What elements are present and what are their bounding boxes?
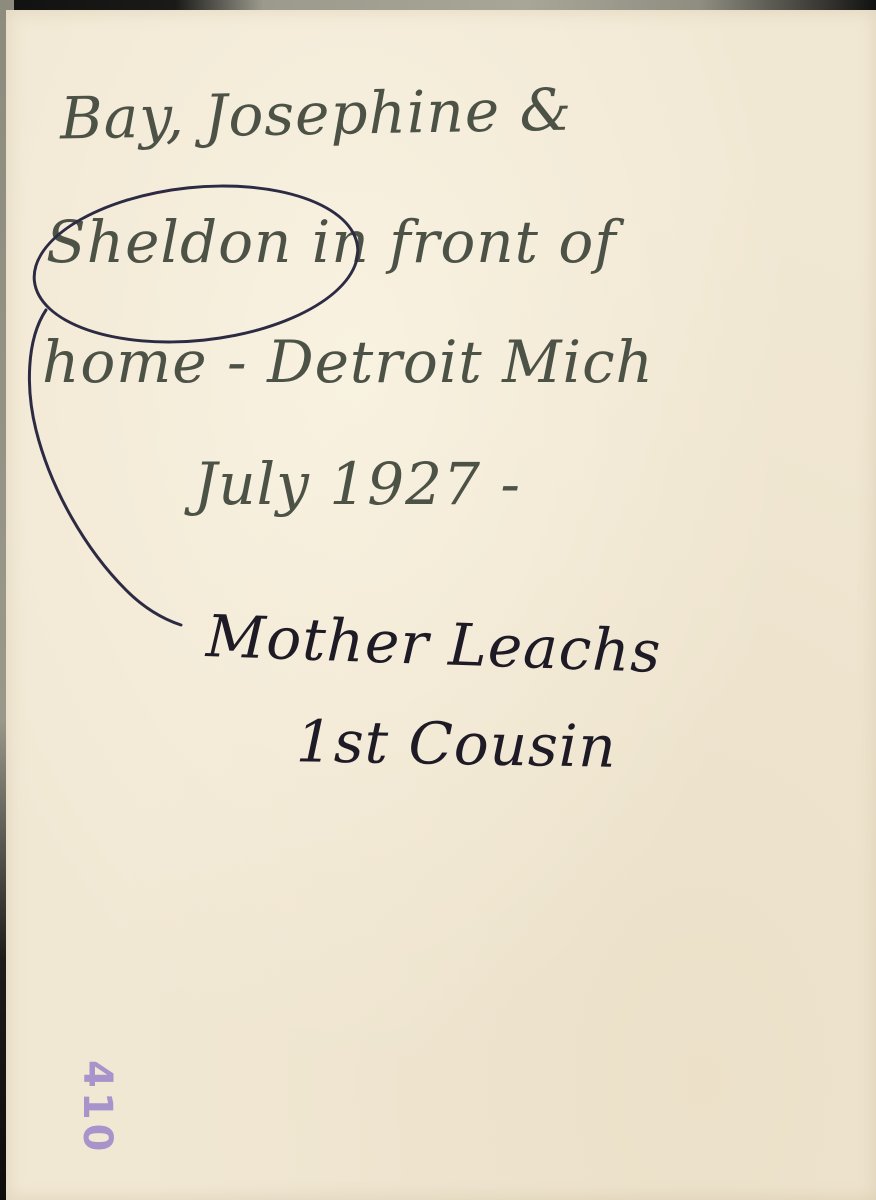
annotation-connector-line (6, 10, 876, 710)
annotation-line-cousin: 1st Cousin (295, 707, 617, 781)
archive-number-stamp: 410 (74, 1060, 120, 1156)
photo-card-back: Bay, Josephine & Sheldon in front of hom… (6, 10, 876, 1200)
